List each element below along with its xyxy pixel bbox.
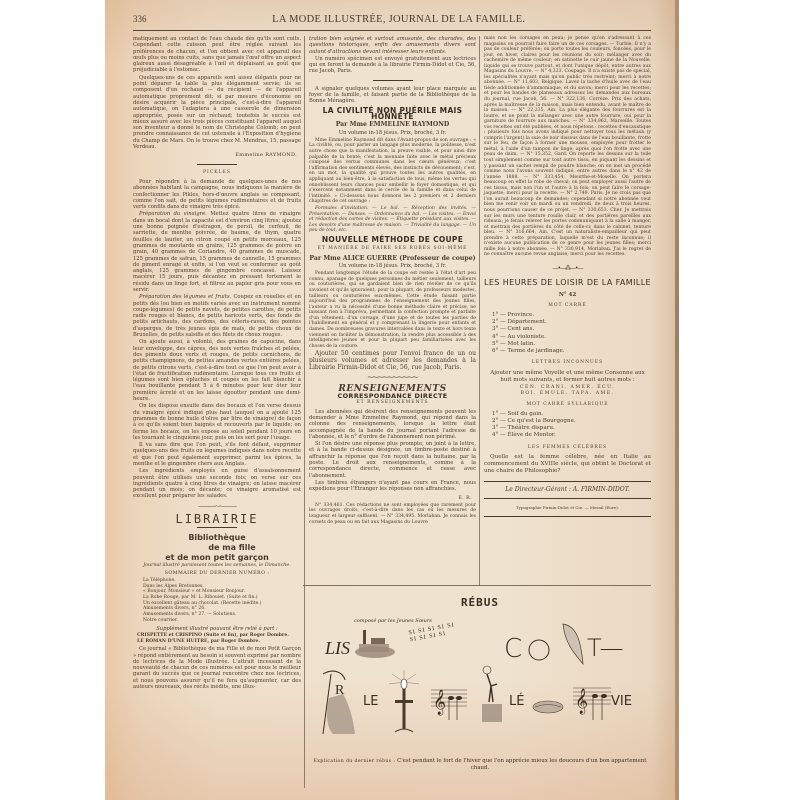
article-signature: E. R. <box>309 495 472 501</box>
column-1: matiquement au contact de l'eau chaude d… <box>133 36 301 786</box>
rebus-credit: composé par les Jeunes Sœurs <box>354 618 432 624</box>
book-byline: Par Mme ALICE GUERRE (Professeur de coup… <box>309 256 476 262</box>
statue-icon <box>479 664 505 730</box>
book-byline: Par Mme EMMELINE RAYMOND <box>309 122 476 128</box>
puzzle-clue: 2° — Département. <box>492 319 651 326</box>
femmes-heading: LES FEMMES CÉLÈBRES <box>484 445 651 451</box>
supplement-item: LE ROMAN D'UNE HUITRE, par Roger Dombre. <box>137 639 301 645</box>
mot-carre-heading: MOT CARRÉ <box>484 303 651 309</box>
rebus-word: LIS <box>325 638 350 659</box>
rebus-explanation-label: Explication du dernier rébus : <box>314 759 396 764</box>
puzzle-clue: 6° — Terme de jardinage. <box>492 348 651 355</box>
fabric-roll-icon <box>531 698 565 716</box>
article-text: Les abonnées qui désirent des renseignem… <box>309 409 476 440</box>
page-edge <box>675 0 679 800</box>
puzzle-words: BOI. ÉMULE. TAPA. AME. <box>484 391 651 397</box>
column-3: mais non les corsages en peau; je pense … <box>484 36 651 611</box>
journal-title: LA MODE ILLUSTRÉE, JOURNAL DE LA FAMILLE… <box>147 14 652 25</box>
lighthouse-island-icon <box>353 628 397 660</box>
divider <box>484 516 651 517</box>
bib-title-line: de ma fille <box>133 543 301 553</box>
article-text: On ajoute aussi, à volonté, des graines … <box>133 339 301 402</box>
article-text: A signaler quelques volumes ayant leur p… <box>309 86 476 105</box>
puzzle-clue: 5° — Mot latin. <box>492 341 651 348</box>
article-text: tration bien soignée et surtout amusante… <box>309 36 476 55</box>
syllabique-list: 1° — Soif du gain. 2° — Ce qu'est la Bou… <box>492 411 651 440</box>
puzzle-number: N° 42 <box>484 292 651 298</box>
puzzle-clue: 1° — Soif du gain. <box>492 411 651 418</box>
article-signature: Emmeline RAYMOND. <box>133 152 297 158</box>
ornament-divider: ⁓⁓⁓⁓⁓⁓⁓⁓⁓⁓ <box>309 375 476 381</box>
article-text: Pour répondre à la demande de quelques-u… <box>133 179 301 210</box>
book-heading-coupe: NOUVELLE MÉTHODE DE COUPE <box>309 237 476 243</box>
bib-subtitle: Journal illustré paraissant toutes les s… <box>133 563 301 569</box>
puzzle-clue: 4° — Élève de Mentor. <box>492 432 651 439</box>
article-text: Il va sans dire que l'on peut, s'ils fon… <box>133 442 301 467</box>
page-number: 336 <box>133 14 147 24</box>
candle-cross-icon <box>389 670 419 736</box>
directeur-gerant: Le Directeur-Gérant : A. FIRMIN-DIDOT. <box>484 481 651 499</box>
article-text: On les dispose ensuite dans des bocaux e… <box>133 403 301 441</box>
svg-text:R: R <box>335 683 345 698</box>
ornament-divider: ———∽∽——— <box>133 504 301 510</box>
typographie-credit: Typographie Firmin-Didot et Cie. — Mesni… <box>484 505 651 511</box>
sommaire-list: La Téléphone. Dans les Alpes Bretonnes. … <box>143 578 301 624</box>
bib-title-line: et de mon petit garçon <box>133 553 301 563</box>
syllabique-heading: MOT CARRÉ SYLLABIQUE <box>484 402 651 408</box>
rebus-word: T— <box>587 634 623 662</box>
article-text: Ce journal « Bibliothèque de ma Fille et… <box>133 646 301 690</box>
rebus-word: LÉ <box>509 694 524 709</box>
supplement-item: CRISPETTE et CRISPINO (Suite et fin), pa… <box>137 633 301 639</box>
rebus-word: VIE <box>611 694 632 709</box>
book-description: Mme Emmeline Raymond dit dans l'Avant-pr… <box>309 138 476 205</box>
puzzle-clue: 4° — Au violoniste. <box>492 334 651 341</box>
rebus-letter: C <box>504 634 522 664</box>
mot-carre-list: 1° — Province. 2° — Département. 3° — Ce… <box>492 312 651 355</box>
circle-o-icon <box>527 638 551 662</box>
article-text: Les timbres étrangers n'ayant pas cours … <box>309 480 476 493</box>
sommaire-heading: SOMMAIRE DU DERNIER NUMÉRO : <box>133 571 301 577</box>
bib-title-line: Bibliothèque <box>133 533 301 543</box>
book-description: Pendant longtemps l'étude de la coupe es… <box>309 271 476 349</box>
correspondence-answers: mais non les corsages en peau; je pense … <box>484 36 651 258</box>
column-rule <box>304 36 305 788</box>
svg-text:𝄞: 𝄞 <box>433 689 446 715</box>
sommaire-item: Notre courrier. <box>143 618 301 624</box>
book-price: Un volume in-18 jésus. Prix, broché, 3 f… <box>309 130 476 136</box>
rebus-explanation-text: C'est pendant le fort de l'hiver que l'o… <box>397 758 646 771</box>
article-text: Quelques-uns de ces appareils sont assez… <box>133 75 301 151</box>
lettres-heading: LETTRES INCONNUES <box>484 360 651 366</box>
father-time-angel-icon: R <box>319 668 359 738</box>
newspaper-page: 336 LA MODE ILLUSTRÉE, JOURNAL DE LA FAM… <box>105 0 679 800</box>
book-price: Un volume in-18 jésus. Prix, broché, 3 f… <box>309 263 476 269</box>
rebus-si-letters: SI SI SI SI SI SI SI SI SI <box>408 622 460 644</box>
article-text: Un numéro spécimen est envoyé gratuiteme… <box>309 56 476 75</box>
loisir-heading: LES HEURES DE LOISIR DE LA FAMILLE <box>484 280 651 286</box>
divider <box>197 164 237 165</box>
puzzle-clue: 3° — Cent ans. <box>492 326 651 333</box>
rebus-word: LE <box>363 694 378 709</box>
book-heading-civilite: LA CIVILITÉ NON PUÉRILE MAIS HONNÊTE <box>309 108 476 121</box>
article-text: matiquement au contact de l'eau chaude d… <box>133 36 301 74</box>
column-rule <box>479 36 480 586</box>
article-text: Préparation du vinaigre. Mettez quatre l… <box>133 211 301 293</box>
music-staff-icon: 𝄞 <box>429 682 467 722</box>
svg-text:𝄞: 𝄞 <box>575 688 588 714</box>
book-contents: Formules d'invitation. — Le bal. — Récep… <box>309 206 476 234</box>
book-subtitle: ET MANIÈRE DE FAIRE SES ROBES SOI-MÊME <box>309 246 476 252</box>
article-text: Préparation des légumes et fruits. Coupe… <box>133 294 301 338</box>
divider <box>373 80 413 81</box>
correspondance-heading: CORRESPONDANCE DIRECTE <box>309 393 476 399</box>
rebus-section: RÉBUS composé par les Jeunes Sœurs LIS S… <box>309 590 651 790</box>
wing-icon <box>559 622 585 666</box>
column-2: tration bien soignée et surtout amusante… <box>309 36 476 611</box>
correspondence-answers: N° 334,461. Ces rédactions ne sont emplo… <box>309 503 476 525</box>
rebus-explanation: Explication du dernier rébus : C'est pen… <box>309 758 651 772</box>
puzzle-text: Ajouter une même Voyelle et une même Con… <box>484 370 651 384</box>
music-staff-icon: 𝄞 <box>571 678 611 724</box>
librairie-heading: LIBRAIRIE <box>133 516 301 522</box>
article-text: Si l'on désire une réponse plus prompte,… <box>309 441 476 479</box>
renseignements-subheading: ET RENSEIGNEMENTS <box>309 400 476 406</box>
order-note: Ajouter 50 centimes pour l'envoi franco … <box>309 350 476 371</box>
article-text: Les ingrédients employés en guise d'assa… <box>133 468 301 499</box>
page-header: 336 LA MODE ILLUSTRÉE, JOURNAL DE LA FAM… <box>133 8 651 31</box>
divider <box>197 527 237 528</box>
puzzle-text: Quelle est la femme célèbre, née en Ital… <box>484 454 651 475</box>
rebus-title: RÉBUS <box>309 596 651 609</box>
supplement-note: Supplément illustré pouvant être relié à… <box>133 626 301 632</box>
section-heading-pickles: PICKLES <box>133 170 301 176</box>
ornament-divider: —•—⁂—•— <box>484 266 651 272</box>
